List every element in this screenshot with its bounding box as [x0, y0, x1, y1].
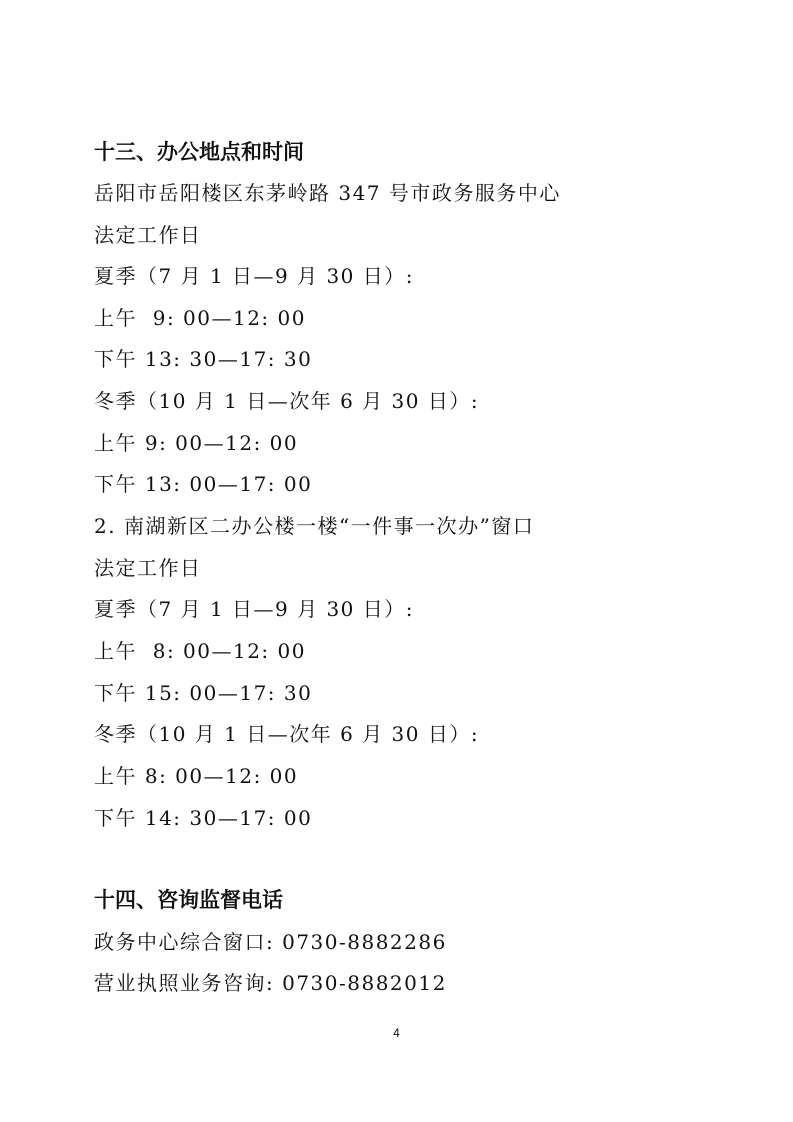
page-number: 4 [0, 1026, 793, 1040]
location-1-winter-afternoon: 下午 13: 00—17: 00 [94, 472, 312, 496]
location-2-winter-afternoon: 下午 14: 30—17: 00 [94, 806, 312, 830]
section-13-heading: 十三、办公地点和时间 [94, 140, 304, 164]
location-1-summer-label: 夏季（7 月 1 日—9 月 30 日）: [94, 264, 414, 288]
location-1-summer-morning: 上午 9: 00—12: 00 [94, 306, 306, 330]
location-2-summer-morning: 上午 8: 00—12: 00 [94, 639, 306, 663]
location-2-summer-afternoon: 下午 15: 00—17: 30 [94, 681, 312, 705]
location-1-winter-label: 冬季（10 月 1 日—次年 6 月 30 日）: [94, 389, 479, 413]
location-1-winter-morning: 上午 9: 00—12: 00 [94, 431, 298, 455]
location-2-address: 2. 南湖新区二办公楼一楼“一件事一次办”窗口 [94, 514, 534, 538]
contact-line: 营业执照业务咨询: 0730-8882012 [94, 971, 447, 995]
location-2-winter-morning: 上午 8: 00—12: 00 [94, 764, 298, 788]
location-2-workdays: 法定工作日 [94, 556, 202, 580]
location-1-summer-afternoon: 下午 13: 30—17: 30 [94, 347, 312, 371]
location-1-address: 岳阳市岳阳楼区东茅岭路 347 号市政务服务中心 [94, 181, 561, 205]
location-2-summer-label: 夏季（7 月 1 日—9 月 30 日）: [94, 597, 414, 621]
location-2-winter-label: 冬季（10 月 1 日—次年 6 月 30 日）: [94, 722, 479, 746]
section-14-heading: 十四、咨询监督电话 [94, 888, 283, 912]
location-1-workdays: 法定工作日 [94, 223, 202, 247]
contact-line: 政务中心综合窗口: 0730-8882286 [94, 930, 447, 954]
document-page: 十三、办公地点和时间 岳阳市岳阳楼区东茅岭路 347 号市政务服务中心 法定工作… [0, 0, 793, 1122]
